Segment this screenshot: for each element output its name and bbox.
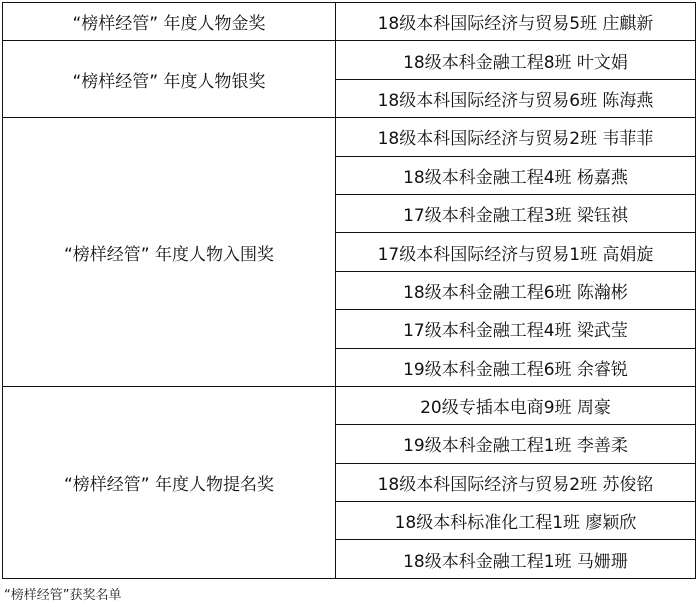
winner-cell: 18级本科国际经济与贸易2班 韦菲菲 xyxy=(336,118,696,156)
award-category-nominee: “榜样经管” 年度人物提名奖 xyxy=(3,386,336,578)
award-category-gold: “榜样经管” 年度人物金奖 xyxy=(3,3,336,41)
table-row: “榜样经管” 年度人物提名奖 20级专插本电商9班 周豪 xyxy=(3,386,696,424)
table-caption: “榜样经管”获奖名单 xyxy=(4,584,121,603)
table-row: “榜样经管” 年度人物金奖 18级本科国际经济与贸易5班 庄麒新 xyxy=(3,3,696,41)
table-row: “榜样经管” 年度人物银奖 18级本科金融工程8班 叶文娟 xyxy=(3,41,696,79)
award-category-silver: “榜样经管” 年度人物银奖 xyxy=(3,41,336,118)
winner-cell: 18级本科国际经济与贸易6班 陈海燕 xyxy=(336,79,696,117)
winner-cell: 18级本科金融工程1班 马姗珊 xyxy=(336,540,696,579)
awards-table: “榜样经管” 年度人物金奖 18级本科国际经济与贸易5班 庄麒新 “榜样经管” … xyxy=(2,2,696,579)
winner-cell: 19级本科金融工程1班 李善柔 xyxy=(336,425,696,463)
winner-cell: 19级本科金融工程6班 余睿锐 xyxy=(336,348,696,386)
winner-cell: 18级本科标准化工程1班 廖颖欣 xyxy=(336,502,696,540)
winner-cell: 17级本科国际经济与贸易1班 高娟旋 xyxy=(336,233,696,271)
winner-cell: 18级本科国际经济与贸易5班 庄麒新 xyxy=(336,3,696,41)
winner-cell: 18级本科金融工程4班 杨嘉燕 xyxy=(336,156,696,194)
winner-cell: 17级本科金融工程4班 梁武莹 xyxy=(336,310,696,348)
award-category-finalist: “榜样经管” 年度人物入围奖 xyxy=(3,118,336,387)
winner-cell: 18级本科国际经济与贸易2班 苏俊铭 xyxy=(336,463,696,501)
table-row: “榜样经管” 年度人物入围奖 18级本科国际经济与贸易2班 韦菲菲 xyxy=(3,118,696,156)
winner-cell: 17级本科金融工程3班 梁钰祺 xyxy=(336,194,696,232)
winner-cell: 18级本科金融工程8班 叶文娟 xyxy=(336,41,696,79)
winner-cell: 18级本科金融工程6班 陈瀚彬 xyxy=(336,271,696,309)
winner-cell: 20级专插本电商9班 周豪 xyxy=(336,386,696,424)
